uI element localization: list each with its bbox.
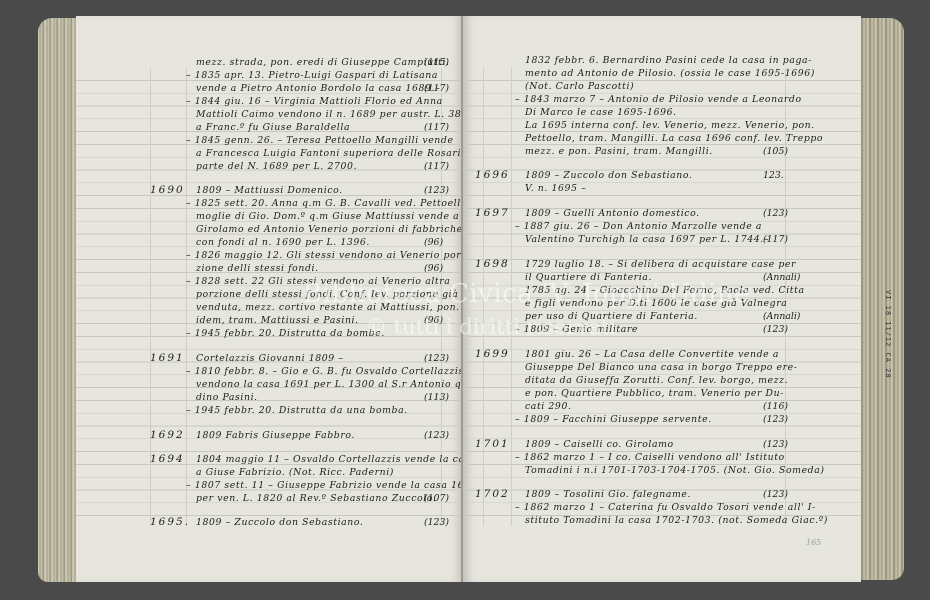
entry-text-line: – 1862 marzo 1 – I co. Caiselli vendono … (515, 452, 785, 463)
entry-text-line: 1729 luglio 18. – Si delibera di acquist… (525, 259, 796, 270)
entry-reference: 123. (763, 170, 784, 181)
left-page-edges (38, 18, 78, 582)
entry-text-line: – 1843 marzo 7 – Antonio de Pilosio vend… (515, 94, 802, 105)
entry-text-line: – 1844 giu. 16 – Virginia Mattioli Flori… (186, 96, 443, 107)
entry-reference: (117) (424, 161, 449, 172)
entry-reference: (123) (763, 208, 788, 219)
entry-reference: (123) (763, 414, 788, 425)
entry-reference: (105) (763, 146, 788, 157)
entry-house-number: 1691 (150, 352, 185, 364)
entry-text-line: stituto Tomadini la casa 1702-1703. (not… (525, 515, 828, 526)
entry-reference: (123) (763, 439, 788, 450)
entry-text-line: 1809 – Zuccolo don Sebastiano. (196, 517, 363, 528)
right-page-edges: VI 18 11/12 CA 20 (860, 18, 904, 580)
entry-text-line: ditata da Giuseffa Zorutti. Conf. lev. b… (525, 375, 788, 386)
entry-text-line: mezz. e pon. Pasini, tram. Mangilli. (525, 146, 713, 157)
entry-text-line: per ven. L. 1820 al Rev.º Sebastiano Zuc… (196, 493, 436, 504)
entry-text-line: – 1809 – Facchini Giuseppe servente. (515, 414, 712, 425)
entry-text-line: 1809 – Zuccolo don Sebastiano. (525, 170, 692, 181)
entry-text-line: a Giuse Fabrizio. (Not. Ricc. Paderni) (196, 467, 394, 478)
entry-house-number: 1694 (150, 453, 185, 465)
entry-reference: (115) (424, 57, 449, 68)
entry-text-line: 1809 – Caiselli co. Girolamo (525, 439, 674, 450)
entry-text-line: 1809 Fabris Giuseppe Fabbro. (196, 430, 355, 441)
entry-reference: (123) (763, 324, 788, 335)
entry-text-line: 1809 – Guelli Antonio domestico. (525, 208, 700, 219)
entry-text-line: vendono la casa 1691 per L. 1300 al S.r … (196, 379, 463, 390)
entry-house-number: 1702 (475, 488, 510, 500)
entry-text-line: – 1887 giu. 26 – Don Antonio Marzolle ve… (515, 221, 762, 232)
entry-text-line: – 1845 genn. 26. – Teresa Pettoello Mang… (186, 135, 454, 146)
entry-text-line: mezz. strada, pon. eredi di Giuseppe Cam… (196, 57, 450, 68)
entry-reference: (116) (763, 401, 788, 412)
entry-text-line: Mattioli Caimo vendono il n. 1689 per au… (196, 109, 463, 120)
entry-text-line: – 1862 marzo 1 – Caterina fu Osvaldo Tos… (515, 502, 816, 513)
entry-text-line: Pettoello, tram. Mangilli. La casa 1696 … (525, 133, 823, 144)
entry-reference: (123) (763, 489, 788, 500)
entry-reference: (96) (424, 237, 443, 248)
entry-text-line: – 1807 sett. 11 – Giuseppe Fabrizio vend… (186, 480, 463, 491)
entry-text-line: mento ad Antonio de Pilosio. (ossia le c… (525, 68, 815, 79)
entry-text-line: a Francesca Luigia Fantoni superiora del… (196, 148, 463, 159)
entry-text-line: 1832 febbr. 6. Bernardino Pasini cede la… (525, 55, 812, 66)
entry-text-line: zione delli stessi fondi. (196, 263, 319, 274)
entry-text-line: Di Marco le case 1695-1696. (525, 107, 677, 118)
entry-reference: (123) (424, 185, 449, 196)
entry-text-line: – 1945 febbr. 20. Distrutta da una bomba… (186, 405, 408, 416)
entry-text-line: – 1826 maggio 12. Gli stessi vendono ai … (186, 250, 463, 261)
entry-text-line: – 1810 febbr. 8. – Gio e G. B. fu Osvald… (186, 366, 463, 377)
entry-text-line: (Not. Carlo Pascotti) (525, 81, 634, 92)
entry-house-number: 1692 (150, 429, 185, 441)
entry-text-line: cati 290. (525, 401, 572, 412)
entry-text-line: Tomadini i n.i 1701-1703-1704-1705. (Not… (525, 465, 825, 476)
entry-house-number: 1697 (475, 207, 510, 219)
entry-text-line: – 1945 febbr. 20. Distrutta da bombe. (186, 328, 385, 339)
entry-reference: (107) (424, 493, 449, 504)
entry-reference: (113) (424, 392, 449, 403)
watermark-line-2: © tutti i diritti riservati (366, 315, 616, 339)
entry-text-line: Girolamo ed Antonio Venerio porzioni di … (196, 224, 463, 235)
entry-text-line: moglie di Gio. Dom.º q.m Giuse Mattiussi… (196, 211, 459, 222)
entry-text-line: 1804 maggio 11 – Osvaldo Cortellazzis ve… (196, 454, 463, 465)
entry-reference: (117) (763, 234, 788, 245)
entry-text-line: Cortelazzis Giovanni 1809 – (196, 353, 344, 364)
entry-text-line: a Franc.º fu Giuse Baraldella (196, 122, 350, 133)
entry-text-line: 1801 giu. 26 – La Casa delle Convertite … (525, 349, 779, 360)
entry-reference: (117) (424, 122, 449, 133)
entry-text-line: dino Pasini. (196, 392, 258, 403)
entry-house-number: 1699 (475, 348, 510, 360)
entry-text-line: vende a Pietro Antonio Bordolo la casa 1… (196, 83, 440, 94)
entry-text-line: V. n. 1695 – (525, 183, 586, 194)
entry-reference: (123) (424, 517, 449, 528)
entry-text-line: parte del N. 1689 per L. 2700. (196, 161, 357, 172)
entry-house-number: 1701 (475, 438, 510, 450)
page-number: 165 (806, 538, 821, 547)
entry-reference: (Annali) (763, 311, 800, 322)
entry-reference: (Annali) (763, 272, 800, 283)
entry-text-line: – 1825 sett. 20. Anna q.m G. B. Cavalli … (186, 198, 463, 209)
entry-text-line: – 1835 apr. 13. Pietro-Luigi Gaspari di … (186, 70, 438, 81)
entry-house-number: 1690 (150, 184, 185, 196)
entry-text-line: idem, tram. Mattiussi e Pasini. (196, 315, 359, 326)
entry-text-line: La 1695 interna conf. lev. Venerio, mezz… (525, 120, 815, 131)
entry-text-line: Giuseppe Del Bianco una casa in borgo Tr… (525, 362, 798, 373)
entry-text-line: 1809 – Mattiussi Domenico. (196, 185, 343, 196)
entry-text-line: 1809 – Tosolini Gio. falegname. (525, 489, 691, 500)
entry-reference: (123) (424, 430, 449, 441)
entry-reference: (96) (424, 263, 443, 274)
watermark-line-1: Biblioteca Civica 'V. Joppi' Udine (303, 279, 750, 309)
spine-label: VI 18 11/12 CA 20 (884, 290, 892, 379)
entry-reference: (117) (424, 83, 449, 94)
entry-text-line: Valentino Turchigh la casa 1697 per L. 1… (525, 234, 769, 245)
entry-house-number: 1696 (475, 169, 510, 181)
entry-text-line: e pon. Quartiere Pubblico, tram. Venerio… (525, 388, 784, 399)
entry-house-number: 1698 (475, 258, 510, 270)
entry-house-number: 1695. (150, 516, 190, 528)
entry-reference: (123) (424, 353, 449, 364)
entry-text-line: con fondi al n. 1690 per L. 1396. (196, 237, 370, 248)
